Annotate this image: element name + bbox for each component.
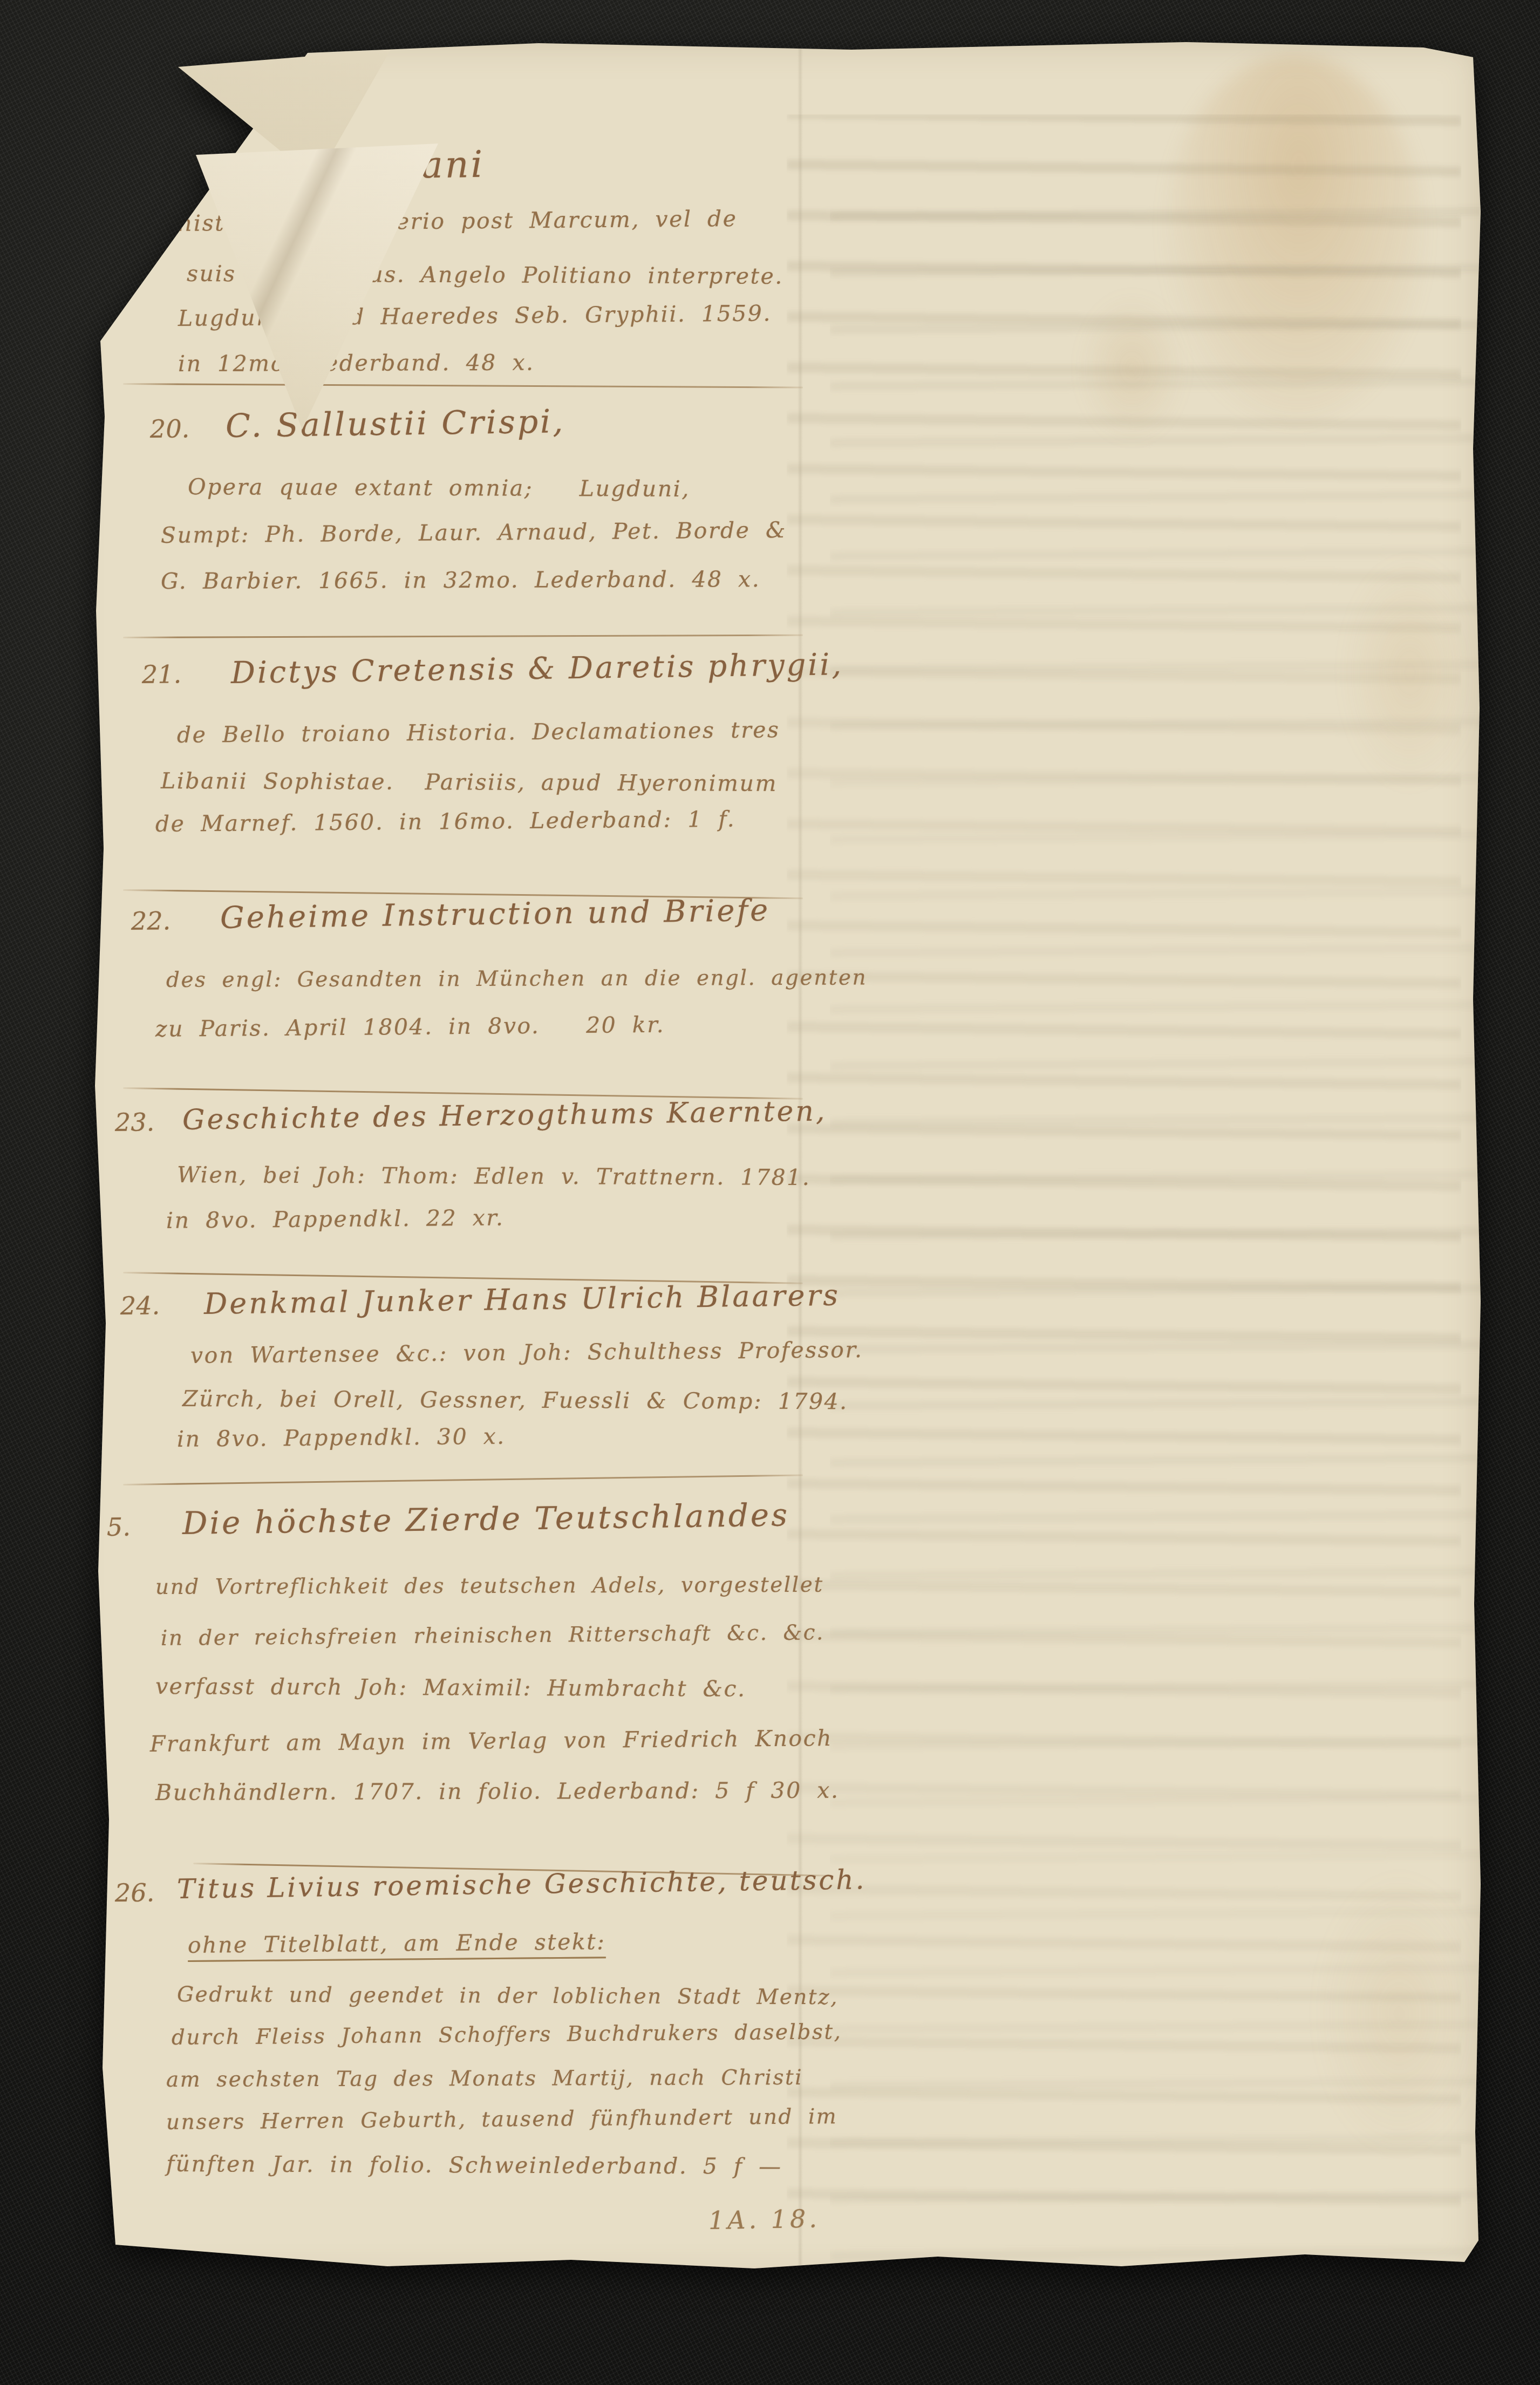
entry-line: am sechsten Tag des Monats Martij, nach …: [166, 2067, 803, 2090]
scanned-document-view: { "page": { "type": "handwritten library…: [0, 0, 1540, 2385]
entry-line: durch Fleiss Johann Schoffers Buchdruker…: [172, 2021, 842, 2048]
entry-line: Gedrukt und geendet in der loblichen Sta…: [177, 1984, 839, 2008]
entry-line: ohne Titelblatt, am Ende stekt:: [188, 1931, 606, 1957]
entry-line: in 8vo. Pappendkl. 30 x.: [177, 1426, 506, 1450]
entry-line: de Marnef. 1560. in 16mo. Lederband: 1 f…: [155, 808, 736, 835]
entry-title: C. Sallustii Crispi,: [226, 405, 565, 442]
entry-title: Dictys Cretensis & Daretis phrygii,: [231, 650, 844, 689]
entry-line: Libanii Sophistae. Parisiis, apud Hyeron…: [161, 770, 778, 795]
entry-line: de Bello troiano Historia. Declamationes…: [177, 719, 780, 746]
entry-line: Buchhändlern. 1707. in folio. Lederband:…: [155, 1780, 840, 1804]
entry-line: von Wartensee &c.: von Joh: Schulthess P…: [190, 1339, 863, 1367]
entry-number: 26.: [115, 1880, 154, 1905]
manuscript-page-wrap: 19. Herodiani historiae de imperio post …: [64, 39, 1483, 2284]
entry-number: 5.: [107, 1515, 131, 1539]
entry-number: 21.: [142, 662, 181, 687]
entry-line: zu Paris. April 1804. in 8vo. 20 kr.: [155, 1014, 665, 1040]
entry-line: Wien, bei Joh: Thom: Edlen v. Trattnern.…: [177, 1164, 810, 1189]
entry-line: des engl: Gesandten in München an die en…: [166, 967, 867, 991]
manuscript-page: 19. Herodiani historiae de imperio post …: [64, 39, 1483, 2284]
ink-bleedthrough: [830, 179, 1504, 2294]
entry-line: Opera quae extant omnia; Lugduni,: [188, 476, 690, 500]
entry-line: Sumpt: Ph. Borde, Laur. Arnaud, Pet. Bor…: [161, 519, 787, 547]
entry-number: 19.: [162, 122, 201, 147]
entry-line: in 8vo. Pappendkl. 22 xr.: [166, 1207, 505, 1232]
entry-line: Frankfurt am Mayn im Verlag von Friedric…: [150, 1727, 833, 1755]
entry-line: fünften Jar. in folio. Schweinlederband.…: [166, 2153, 782, 2178]
entry-number: 24.: [120, 1293, 160, 1318]
entry-line: in der reichsfreien rheinischen Rittersc…: [161, 1622, 824, 1649]
entry-line: Zürch, bei Orell, Gessner, Fuessli & Com…: [182, 1388, 848, 1413]
entry-number: 23.: [115, 1109, 154, 1135]
entry-line: und Vortreflichkeit des teutschen Adels,…: [155, 1575, 824, 1598]
entry-title: Geschichte des Herzogthums Kaernten,: [182, 1097, 827, 1134]
entry-separator-rule: [123, 635, 803, 638]
entry-separator-rule: [123, 383, 803, 389]
entry-line: unsers Herren Geburth, tausend fünfhunde…: [166, 2106, 838, 2133]
entry-title: Geheime Instruction und Briefe: [220, 896, 771, 933]
entry-number: 22.: [131, 908, 171, 933]
entry-title: Denkmal Junker Hans Ulrich Blaarers: [204, 1281, 841, 1319]
entry-line: in 12mo. Lederband. 48 x.: [178, 352, 535, 375]
entry-number: 20.: [150, 416, 189, 441]
entry-line: verfasst durch Joh: Maximil: Humbracht &…: [155, 1675, 746, 1700]
entry-line: G. Barbier. 1665. in 32mo. Lederband. 48…: [161, 568, 760, 592]
folio-mark: 1A. 18.: [708, 2206, 821, 2233]
entry-title: Die höchste Zierde Teutschlandes: [182, 1499, 790, 1539]
entry-separator-rule: [123, 1474, 803, 1485]
entry-title: Titus Livius roemische Geschichte, teuts…: [177, 1866, 867, 1903]
